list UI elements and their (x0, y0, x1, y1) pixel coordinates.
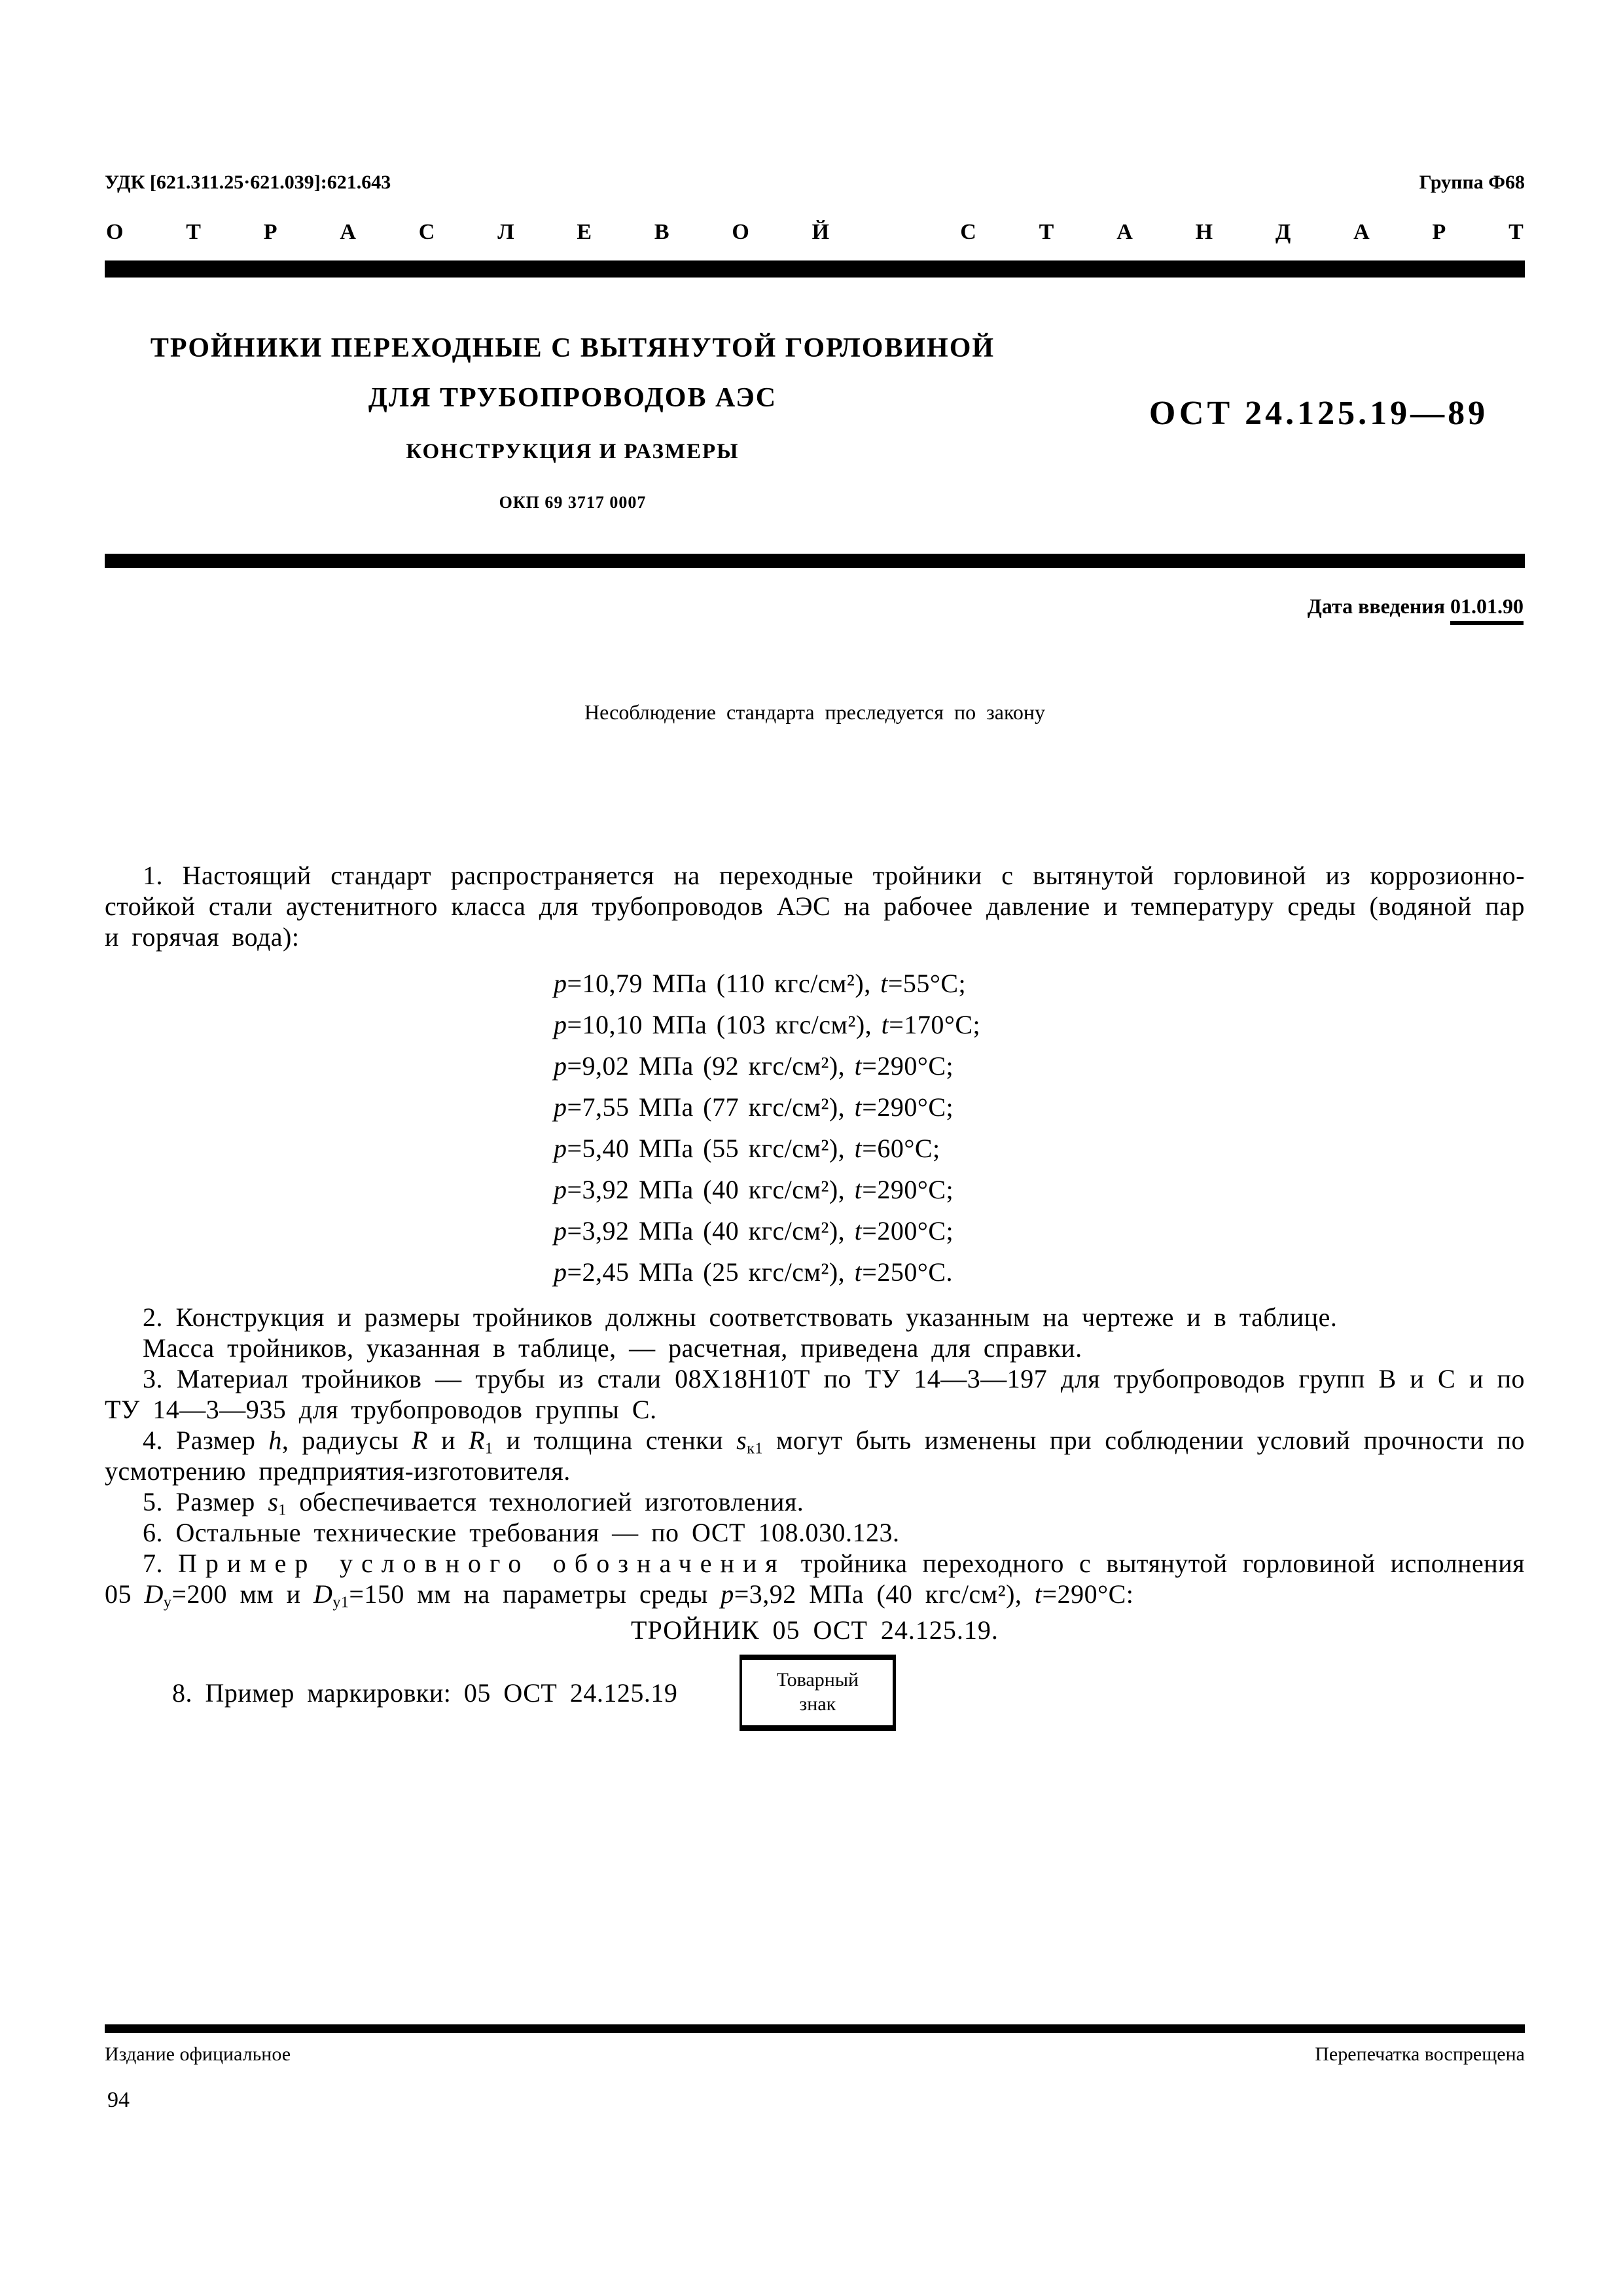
document-subtitle: КОНСТРУКЦИЯ И РАЗМЕРЫ (105, 440, 1041, 464)
var-h: h (268, 1426, 282, 1455)
param-line: p=5,40 МПа (55 кгс/см²), t=60°С; (554, 1128, 1525, 1169)
param-line: p=3,92 МПа (40 кгс/см²), t=290°С; (554, 1169, 1525, 1210)
text-segment: =290°С; (862, 1175, 954, 1204)
var-t: t (1035, 1579, 1043, 1609)
text-segment: =9,02 МПа (92 кгс/см²), (567, 1051, 855, 1081)
text-segment: и (428, 1426, 469, 1455)
title-block: ТРОЙНИКИ ПЕРЕХОДНЫЕ С ВЫТЯНУТОЙ ГОРЛОВИН… (105, 332, 1041, 512)
text-segment: и толщина стенки (493, 1426, 737, 1455)
var-s-k1-subscript: к1 (747, 1441, 763, 1458)
group-code: Группа Ф68 (1419, 171, 1525, 194)
text-segment: =2,45 МПа (25 кгс/см²), (567, 1257, 855, 1287)
var-p: p (554, 1216, 567, 1246)
marking-row: 8. Пример маркировки: 05 ОСТ 24.125.19 Т… (172, 1655, 1525, 1731)
introduction-date-label: Дата введения (1308, 594, 1450, 618)
var-r1: R (469, 1426, 485, 1455)
text-segment: =3,92 МПа (40 кгс/см²), (567, 1175, 855, 1204)
var-t: t (855, 1257, 863, 1287)
text-segment: , радиусы (282, 1426, 412, 1455)
var-p: p (554, 1257, 567, 1287)
var-s1: s (268, 1487, 278, 1516)
document-title-line-1: ТРОЙНИКИ ПЕРЕХОДНЫЕ С ВЫТЯНУТОЙ ГОРЛОВИН… (105, 332, 1041, 364)
standard-number: ОСТ 24.125.19—89 (1113, 394, 1525, 433)
var-dy-subscript: у (164, 1594, 172, 1611)
text-segment: =250°С. (862, 1257, 953, 1287)
text-segment: =7,55 МПа (77 кгс/см²), (567, 1092, 855, 1122)
paragraph-5: 5. Размер s1 обеспечивается технологией … (105, 1486, 1525, 1517)
document-page: УДК [621.311.25·621.039]:621.643 Группа … (0, 0, 1623, 2296)
var-p: p (554, 969, 567, 998)
standard-type-heading: ОТРАСЛЕВОЙ СТАНДАРТ (106, 220, 1524, 245)
param-line: p=9,02 МПа (92 кгс/см²), t=290°С; (554, 1045, 1525, 1086)
trademark-box: Товарный знак (740, 1655, 896, 1731)
text-segment: =290°С: (1043, 1579, 1134, 1609)
paragraph-2: 2. Конструкция и размеры тройников должн… (105, 1302, 1525, 1333)
document-title-line-2: ДЛЯ ТРУБОПРОВОДОВ АЭС (105, 382, 1041, 414)
divider-bar-middle (105, 554, 1525, 568)
marking-example-text: 8. Пример маркировки: 05 ОСТ 24.125.19 (172, 1677, 677, 1708)
paragraph-2-note: Масса тройников, указанная в таблице, — … (105, 1333, 1525, 1363)
paragraph-6: 6. Остальные технические требования — по… (105, 1517, 1525, 1548)
law-notice: Несоблюдение стандарта преследуется по з… (105, 700, 1525, 725)
introduction-date-row: Дата введения 01.01.90 (1308, 594, 1524, 619)
param-line: p=2,45 МПа (25 кгс/см²), t=250°С. (554, 1251, 1525, 1293)
var-t: t (855, 1134, 863, 1163)
text-segment: =10,79 МПа (110 кгс/см²), (567, 969, 881, 998)
text-segment: =55°С; (888, 969, 966, 998)
text-segment: =290°С; (862, 1092, 954, 1122)
paragraph-1: 1. Настоящий стандарт распространяется н… (105, 860, 1525, 952)
var-p: p (554, 1134, 567, 1163)
var-dy1: D (313, 1579, 332, 1609)
var-t: t (855, 1092, 863, 1122)
divider-bar-top (105, 260, 1525, 278)
paragraph-4: 4. Размер h, радиусы R и R1 и толщина ст… (105, 1425, 1525, 1486)
var-t: t (855, 1175, 863, 1204)
reprint-prohibited-label: Перепечатка воспрещена (1315, 2043, 1525, 2066)
text-segment: =60°С; (862, 1134, 940, 1163)
designation-example-phrase: Пример условного обозначения (178, 1549, 786, 1578)
paragraph-3: 3. Материал тройников — трубы из стали 0… (105, 1363, 1525, 1425)
var-dy: D (145, 1579, 164, 1609)
trademark-label-line-2: знак (745, 1692, 890, 1716)
okp-code: ОКП 69 3717 0007 (105, 493, 1041, 512)
param-line: p=10,10 МПа (103 кгс/см²), t=170°С; (554, 1004, 1525, 1045)
var-t: t (882, 1010, 889, 1039)
text-segment: 5. Размер (143, 1487, 268, 1516)
text-segment: =170°С; (889, 1010, 980, 1039)
var-p: p (554, 1051, 567, 1081)
param-line: p=10,79 МПа (110 кгс/см²), t=55°С; (554, 963, 1525, 1004)
param-line: p=3,92 МПа (40 кгс/см²), t=200°С; (554, 1210, 1525, 1251)
text-segment: =10,10 МПа (103 кгс/см²), (567, 1010, 882, 1039)
designation-line: ТРОЙНИК 05 ОСТ 24.125.19. (105, 1615, 1525, 1645)
var-t: t (855, 1216, 863, 1246)
text-segment: 4. Размер (143, 1426, 268, 1455)
text-segment: =150 мм на параметры среды (349, 1579, 721, 1609)
var-r: R (412, 1426, 428, 1455)
document-body: 1. Настоящий стандарт распространяется н… (105, 860, 1525, 1731)
var-t: t (855, 1051, 863, 1081)
var-p: p (554, 1092, 567, 1122)
text-segment: =200 мм и (171, 1579, 313, 1609)
var-r1-subscript: 1 (485, 1441, 493, 1458)
text-segment: =3,92 МПа (40 кгс/см²), (567, 1216, 855, 1246)
var-p: p (721, 1579, 734, 1609)
param-line: p=7,55 МПа (77 кгс/см²), t=290°С; (554, 1086, 1525, 1128)
var-t: t (880, 969, 888, 998)
var-p: p (554, 1175, 567, 1204)
text-segment: обеспечивается технологией изготовления. (287, 1487, 804, 1516)
text-segment: 7. (143, 1549, 178, 1578)
var-p: p (554, 1010, 567, 1039)
text-segment: =290°С; (862, 1051, 954, 1081)
page-number: 94 (107, 2088, 130, 2113)
var-dy1-subscript: у1 (332, 1594, 349, 1611)
text-segment: =200°С; (862, 1216, 954, 1246)
text-segment: =5,40 МПа (55 кгс/см²), (567, 1134, 855, 1163)
footer-rule (105, 2024, 1525, 2033)
var-s1-subscript: 1 (278, 1502, 287, 1519)
footer-row: Издание официальное Перепечатка воспреще… (105, 2043, 1525, 2066)
trademark-label-line-1: Товарный (745, 1668, 890, 1692)
pressure-temperature-list: p=10,79 МПа (110 кгс/см²), t=55°С; p=10,… (554, 963, 1525, 1293)
introduction-date-value: 01.01.90 (1450, 594, 1524, 625)
official-edition-label: Издание официальное (105, 2043, 291, 2066)
text-segment: =3,92 МПа (40 кгс/см²), (734, 1579, 1035, 1609)
header-row: УДК [621.311.25·621.039]:621.643 Группа … (105, 171, 1525, 194)
udk-code: УДК [621.311.25·621.039]:621.643 (105, 171, 391, 194)
var-s-k1: s (736, 1426, 747, 1455)
paragraph-7: 7. Пример условного обозначения тройника… (105, 1548, 1525, 1609)
